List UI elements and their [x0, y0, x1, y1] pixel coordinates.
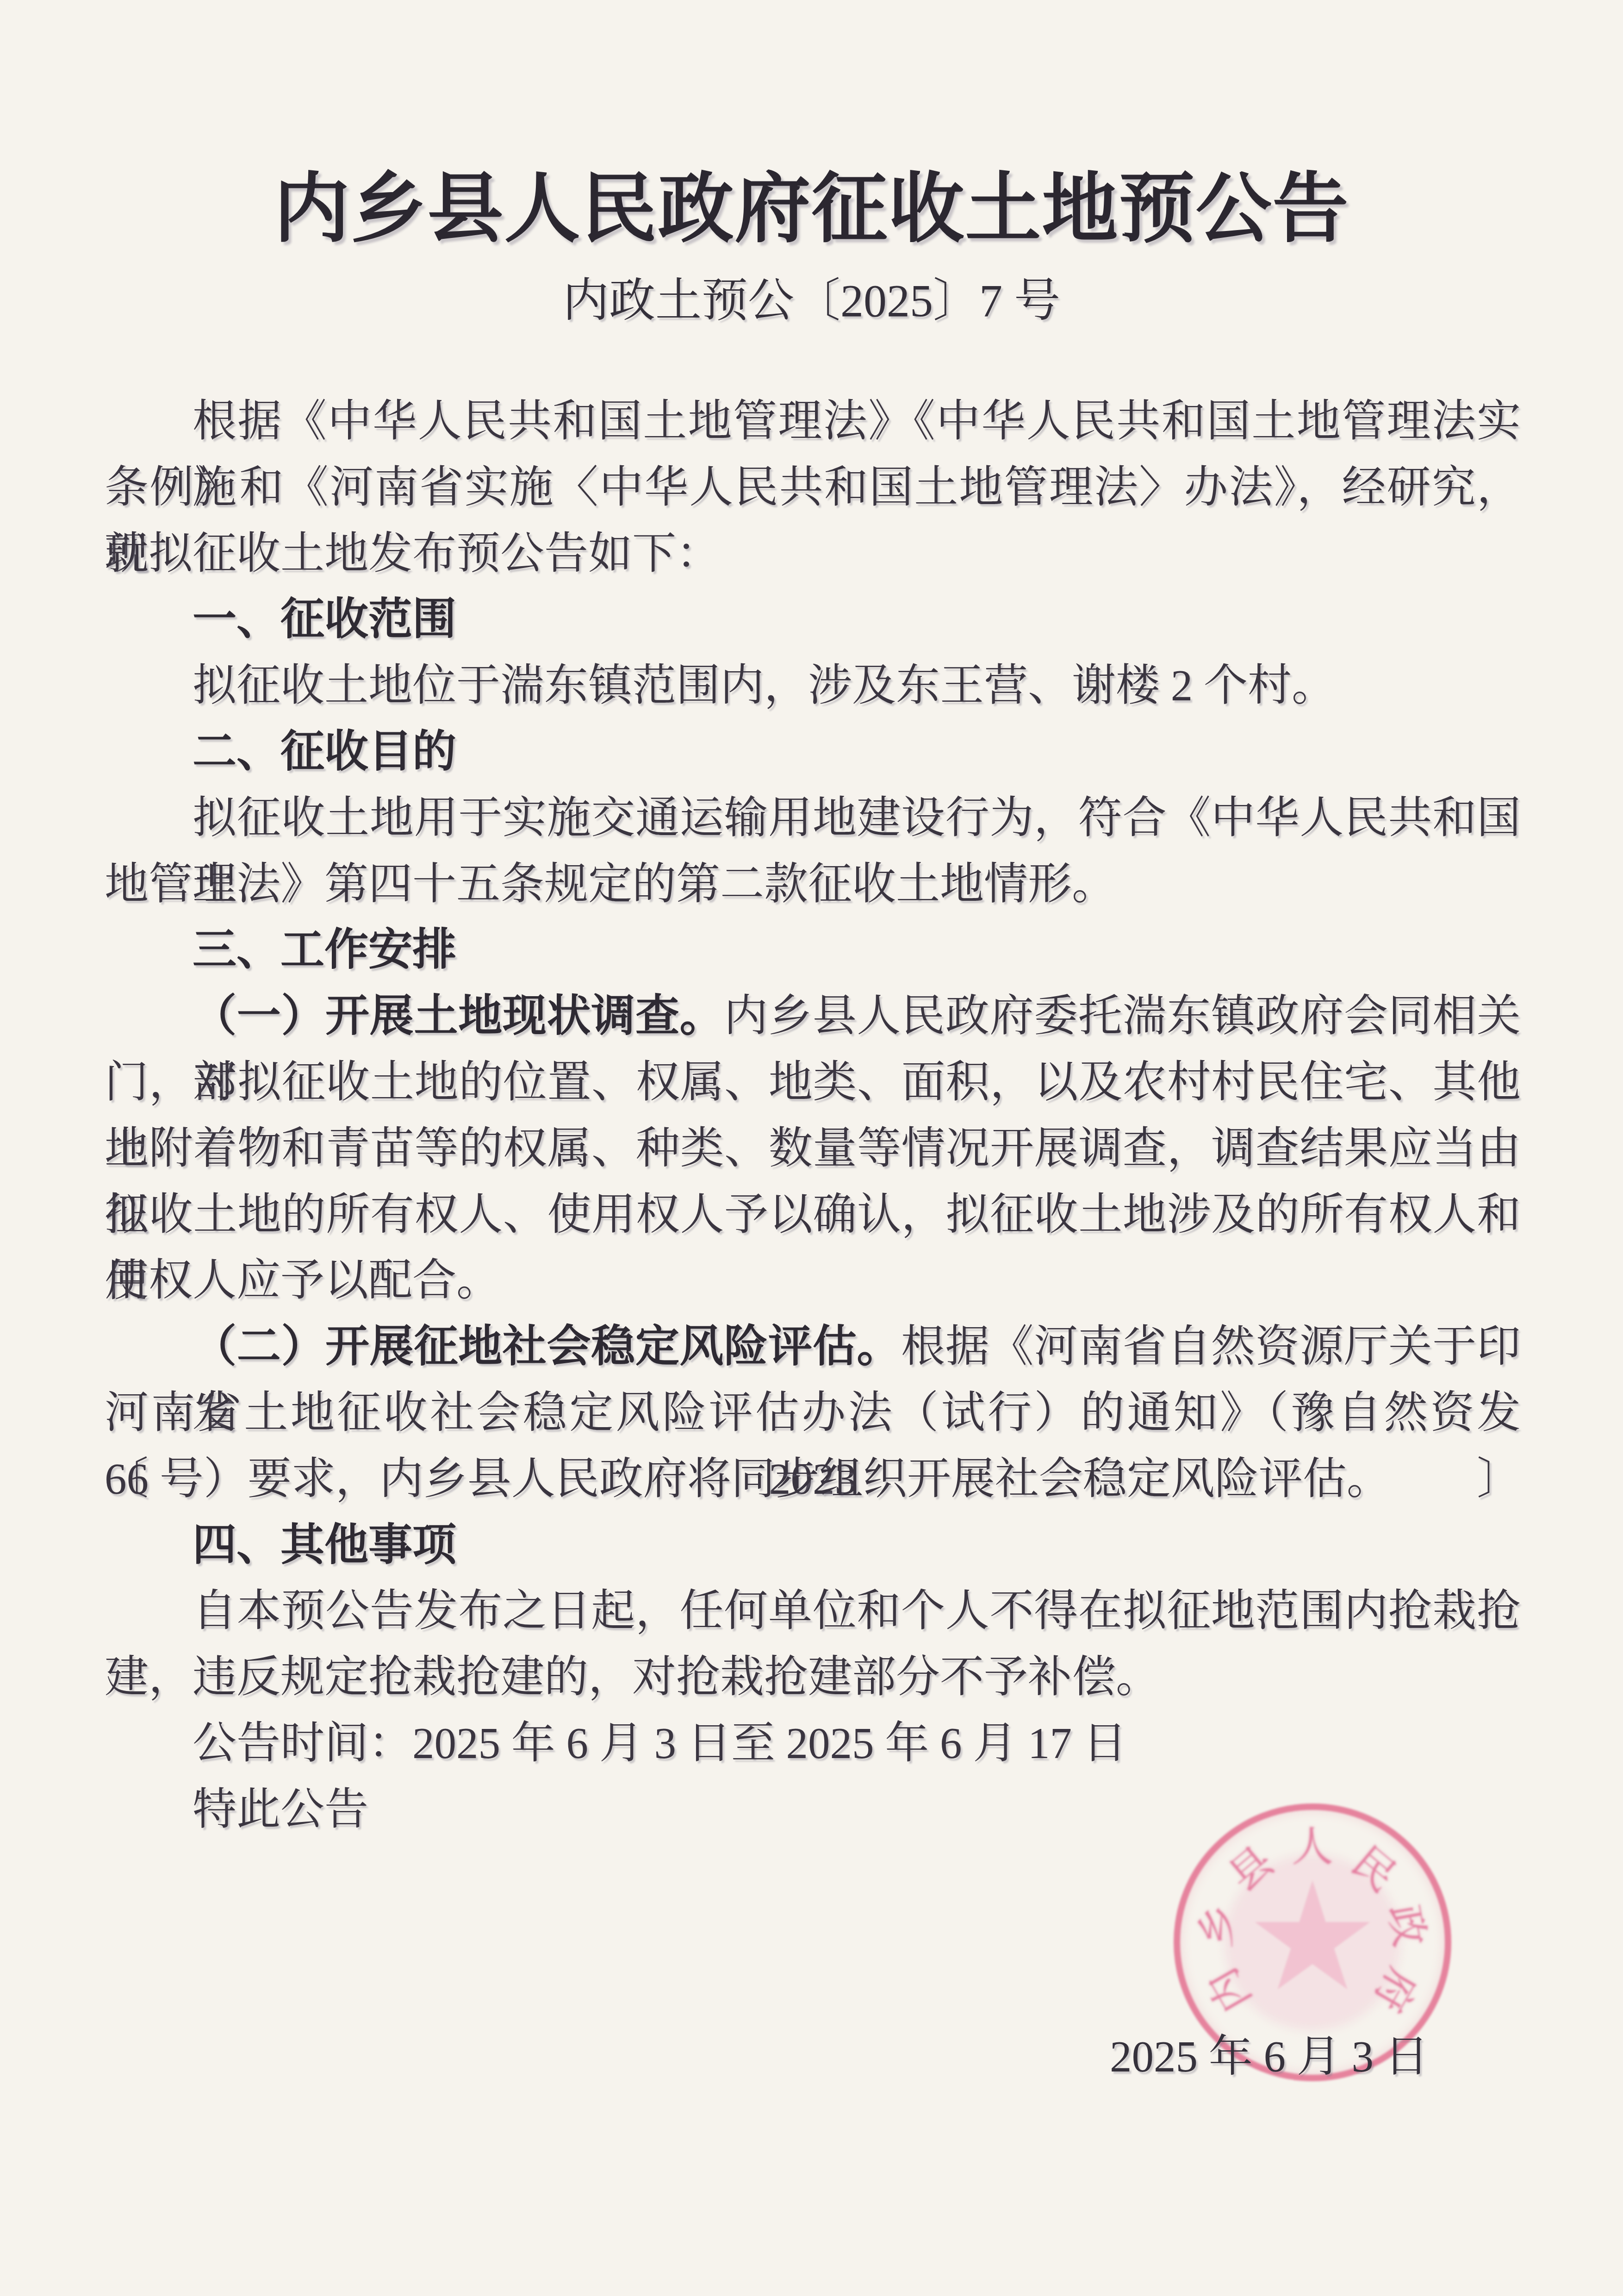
heading-text: 二、征收目的 [193, 727, 456, 776]
heading-text: （一）开展土地现状调查。 [193, 992, 724, 1041]
body-line: 自本预公告发布之日起，任何单位和个人不得在拟征地范围内抢栽抢 [105, 1578, 1521, 1644]
heading-text: 三、工作安排 [193, 925, 456, 974]
body-text: 就拟征收土地发布预公告如下： [105, 529, 720, 578]
body-line: 公告时间：2025 年 6 月 3 日至 2025 年 6 月 17 日 [105, 1710, 1521, 1777]
body-line: 地管理法》第四十五条规定的第二款征收土地情形。 [105, 851, 1521, 917]
body-text: 拟征收土地位于湍东镇范围内，涉及东王营、谢楼 2 个村。 [193, 661, 1336, 710]
body-text: 公告时间：2025 年 6 月 3 日至 2025 年 6 月 17 日 [193, 1719, 1127, 1768]
body-line: 条例》和《河南省实施〈中华人民共和国土地管理法〉办法》，经研究，现 [105, 455, 1521, 521]
body-text: 自本预公告发布之日起，任何单位和个人不得在拟征地范围内抢栽抢 [193, 1586, 1521, 1635]
body-line: 征收土地的所有权人、使用权人予以确认，拟征收土地涉及的所有权人和使 [105, 1182, 1521, 1248]
body-line: 二、征收目的 [105, 719, 1521, 785]
body-text: 用权人应予以配合。 [105, 1256, 500, 1305]
body-line: 门，对拟征收土地的位置、权属、地类、面积，以及农村村民住宅、其他地 [105, 1049, 1521, 1116]
body-line: 特此公告 [105, 1777, 1521, 1843]
body-line: 66 号）要求，内乡县人民政府将同步组织开展社会稳定风险评估。 [105, 1446, 1521, 1512]
document-page: 内乡县人民政府征收土地预公告 内政土预公〔2025〕7 号 根据《中华人民共和国… [0, 0, 1623, 2296]
heading-text: 四、其他事项 [193, 1521, 456, 1570]
heading-text: （二）开展征地社会稳定风险评估。 [193, 1322, 901, 1371]
body-line: 拟征收土地用于实施交通运输用地建设行为，符合《中华人民共和国土 [105, 785, 1521, 851]
body-line: 上附着物和青苗等的权属、种类、数量等情况开展调查，调查结果应当由拟 [105, 1116, 1521, 1182]
body-text: 特此公告 [193, 1785, 368, 1834]
body-text: 地管理法》第四十五条规定的第二款征收土地情形。 [105, 860, 1116, 909]
heading-text: 一、征收范围 [193, 595, 456, 644]
body-line: （二）开展征地社会稳定风险评估。根据《河南省自然资源厅关于印发 [105, 1314, 1521, 1380]
body-line: 河南省土地征收社会稳定风险评估办法（试行）的通知》（豫自然资发〔2023〕 [105, 1380, 1521, 1446]
body-line: 根据《中华人民共和国土地管理法》《中华人民共和国土地管理法实施 [105, 388, 1521, 455]
body-line: （一）开展土地现状调查。内乡县人民政府委托湍东镇政府会同相关部 [105, 983, 1521, 1049]
body-line: 用权人应予以配合。 [105, 1248, 1521, 1314]
body-line: 四、其他事项 [105, 1512, 1521, 1578]
body-line: 一、征收范围 [105, 586, 1521, 653]
body-text: 建，违反规定抢栽抢建的，对抢栽抢建部分不予补偿。 [105, 1653, 1160, 1702]
body-line: 就拟征收土地发布预公告如下： [105, 521, 1521, 587]
body-text: 66 号）要求，内乡县人民政府将同步组织开展社会稳定风险评估。 [105, 1454, 1391, 1504]
body-line: 建，违反规定抢栽抢建的，对抢栽抢建部分不予补偿。 [105, 1644, 1521, 1710]
body-line: 三、工作安排 [105, 917, 1521, 983]
issue-date: 2025 年 6 月 3 日 [1110, 2024, 1429, 2090]
body-line: 拟征收土地位于湍东镇范围内，涉及东王营、谢楼 2 个村。 [105, 653, 1521, 719]
document-body: 根据《中华人民共和国土地管理法》《中华人民共和国土地管理法实施条例》和《河南省实… [0, 0, 1623, 2296]
